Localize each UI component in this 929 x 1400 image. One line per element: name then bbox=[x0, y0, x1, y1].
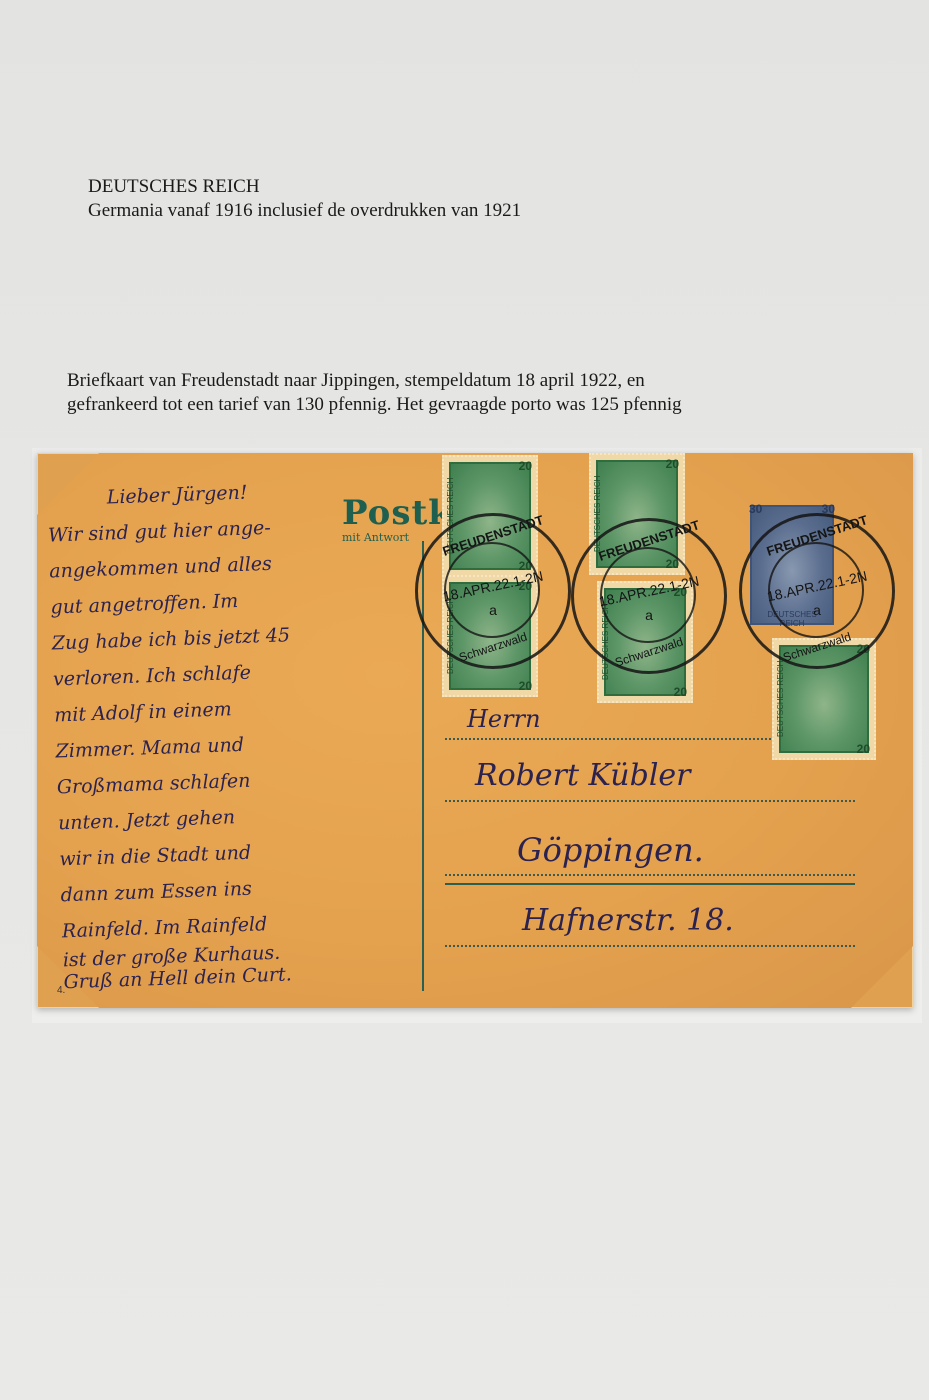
postmark-suffix: a bbox=[574, 607, 724, 623]
caption-line-1: Briefkaart van Freudenstadt naar Jipping… bbox=[67, 369, 787, 393]
stamp-value: 20 bbox=[519, 459, 532, 473]
page-heading: DEUTSCHES REICH Germania vanaf 1916 incl… bbox=[88, 175, 521, 223]
address-name: Robert Kübler bbox=[475, 758, 691, 793]
postcard: Postk mit Antwort Lieber Jürgen! Wir sin… bbox=[37, 453, 913, 1008]
postmark-suffix: a bbox=[742, 602, 892, 618]
handwritten-message: Lieber Jürgen! Wir sind gut hier ange- a… bbox=[46, 469, 434, 994]
page-subtitle: Germania vanaf 1916 inclusief de overdru… bbox=[88, 199, 521, 223]
postmark: FREUDENSTADT 18.APR.22.1-2N a Schwarzwal… bbox=[415, 513, 571, 669]
address-city: Göppingen. bbox=[517, 831, 704, 869]
address-street: Hafnerstr. 18. bbox=[522, 903, 734, 938]
photo-corner bbox=[851, 946, 913, 1008]
postmark: FREUDENSTADT 18.APR.22.1-2N a Schwarzwal… bbox=[571, 518, 727, 674]
stamp-value: 20 bbox=[519, 679, 532, 693]
stamp-value: 20 bbox=[666, 457, 679, 471]
stamp-value: 20 bbox=[857, 742, 870, 756]
page-title: DEUTSCHES REICH bbox=[88, 176, 260, 197]
address-dotted-line bbox=[445, 800, 855, 802]
postcard-caption: Briefkaart van Freudenstadt naar Jipping… bbox=[67, 369, 787, 417]
address-dotted-line bbox=[445, 945, 855, 947]
address-salutation: Herrn bbox=[467, 705, 541, 733]
stamp-value: 30 bbox=[749, 502, 762, 516]
caption-line-2: gefrankeerd tot een tarief van 130 pfenn… bbox=[67, 393, 787, 417]
page-marker: 4. bbox=[57, 985, 65, 996]
postmark-suffix: a bbox=[418, 602, 568, 618]
stamp-value: 20 bbox=[674, 685, 687, 699]
postmark: FREUDENSTADT 18.APR.22.1-2N a Schwarzwal… bbox=[739, 513, 895, 669]
address-dotted-line bbox=[445, 874, 855, 876]
stamp-country: DEUTSCHES REICH bbox=[776, 660, 788, 738]
address-solid-line bbox=[445, 883, 855, 885]
